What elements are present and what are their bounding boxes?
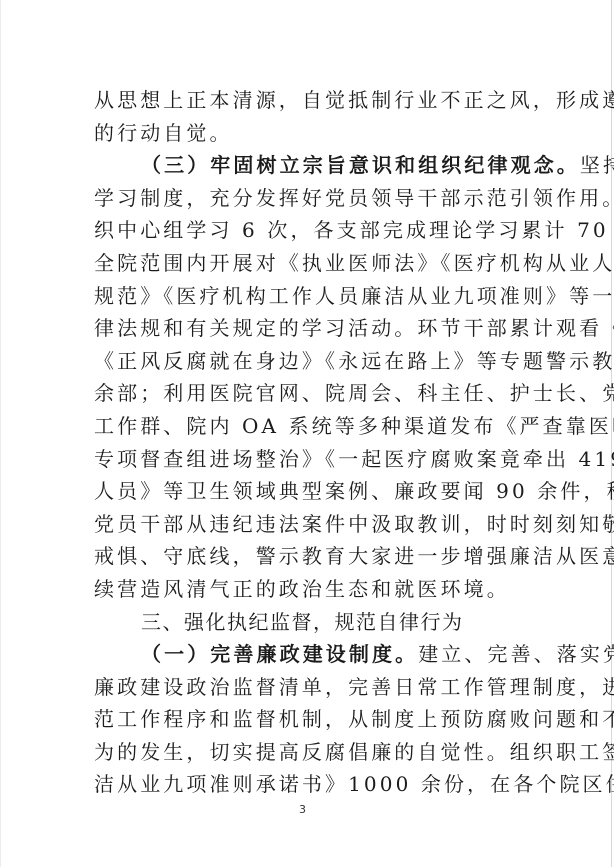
- document-body: 从思想上正本清源，自觉抵制行业不正之风，形成遵纪守法 的行动自觉。 （三）牢固树…: [94, 84, 524, 801]
- text-line: 的行动自觉。: [94, 117, 524, 150]
- text-run: 坚持中心组: [580, 153, 614, 177]
- text-line: 规范》《医疗机构工作人员廉洁从业九项准则》等一系列法: [94, 280, 524, 313]
- subsection-line: （一）完善廉政建设制度。建立、完善、落实党委党风: [94, 638, 524, 671]
- section-heading: 三、强化执纪监督，规范自律行为: [94, 606, 524, 639]
- text-run: 建立、完善、落实党委党风: [418, 642, 614, 666]
- text-line: 党员干部从违纪违法案件中汲取教训，时时刻刻知敬畏、存: [94, 508, 524, 541]
- text-line: 织中心组学习 6 次，各支部完成理论学习累计 70 余次。在: [94, 214, 524, 247]
- text-line: 律法规和有关规定的学习活动。环节干部累计观看《零容忍》: [94, 312, 524, 345]
- subsection-title: （一）完善廉政建设制度。: [141, 642, 418, 666]
- subsection-title: （三）牢固树立宗旨意识和组织纪律观念。: [141, 153, 580, 177]
- text-line: 人员》等卫生领域典型案例、廉政要闻 90 余件，积极引导: [94, 475, 524, 508]
- text-line: 续营造风清气正的政治生态和就医环境。: [94, 573, 524, 606]
- text-line: 戒惧、守底线，警示教育大家进一步增强廉洁从医意识，持: [94, 540, 524, 573]
- text-line: 洁从业九项准则承诺书》1000 余份，在各个院区住院部、门: [94, 768, 524, 801]
- page-edge-left: [0, 0, 1, 867]
- text-line: 从思想上正本清源，自觉抵制行业不正之风，形成遵纪守法: [94, 84, 524, 117]
- text-line: 《正风反腐就在身边》《永远在路上》等专题警示教育片 10: [94, 345, 524, 378]
- text-line: 范工作程序和监督机制，从制度上预防腐败问题和不正当行: [94, 703, 524, 736]
- text-line: 余部；利用医院官网、院周会、科主任、护士长、党员微信: [94, 377, 524, 410]
- text-line: 工作群、院内 OA 系统等多种渠道发布《严查靠医吃医套路: [94, 410, 524, 443]
- text-line: 全院范围内开展对《执业医师法》《医疗机构从业人员行为: [94, 247, 524, 280]
- page-number: 3: [299, 803, 306, 816]
- text-line: 学习制度，充分发挥好党员领导干部示范引领作用。相继组: [94, 182, 524, 215]
- text-line: 专项督查组进场整治》《一起医疗腐败案竟牵出 419 名医务: [94, 443, 524, 476]
- text-line: 为的发生，切实提高反腐倡廉的自觉性。组织职工签订《廉: [94, 736, 524, 769]
- text-line: 廉政建设政治监督清单，完善日常工作管理制度，进一步规: [94, 671, 524, 704]
- subsection-line: （三）牢固树立宗旨意识和组织纪律观念。坚持中心组: [94, 149, 524, 182]
